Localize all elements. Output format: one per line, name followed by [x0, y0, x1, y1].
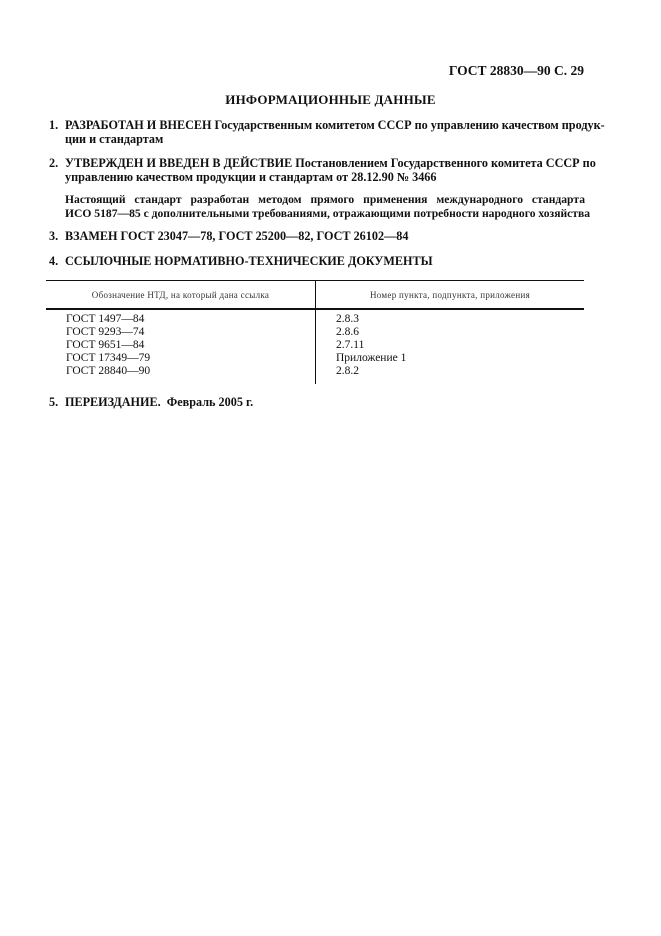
table-cell: ГОСТ 9293—74 [66, 326, 150, 339]
table-cell: 2.8.6 [336, 326, 406, 339]
reference-documents-table: Обозначение НТД, на который дана ссылка … [46, 280, 584, 384]
section-2-continuation: управлению качеством продукции и стандар… [65, 170, 437, 184]
document-title: ИНФОРМАЦИОННЫЕ ДАННЫЕ [0, 92, 661, 108]
table-cell: ГОСТ 28840—90 [66, 365, 150, 378]
running-head: ГОСТ 28830—90 С. 29 [449, 63, 584, 79]
section-4: 4.ССЫЛОЧНЫЕ НОРМАТИВНО-ТЕХНИЧЕСКИЕ ДОКУМ… [49, 254, 433, 268]
section-2-note: Настоящий стандарт разработан методом пр… [65, 193, 585, 221]
note-line: Настоящий стандарт разработан методом пр… [65, 193, 585, 207]
note-line: ИСО 5187—85 с дополнительными требования… [65, 207, 585, 221]
table-header-designation: Обозначение НТД, на который дана ссылка [46, 290, 315, 300]
section-number: 4. [49, 254, 65, 268]
table-cell: 2.8.3 [336, 313, 406, 326]
table-cell: ГОСТ 1497—84 [66, 313, 150, 326]
table-header-clause: Номер пункта, подпункта, приложения [316, 290, 584, 300]
section-number: 5. [49, 395, 65, 409]
section-text: РАЗРАБОТАН И ВНЕСЕН Государственным коми… [65, 118, 605, 132]
section-text: ВЗАМЕН ГОСТ 23047—78, ГОСТ 25200—82, ГОС… [65, 229, 408, 243]
section-2: 2.УТВЕРЖДЕН И ВВЕДЕН В ДЕЙСТВИЕ Постанов… [49, 156, 596, 170]
section-text: УТВЕРЖДЕН И ВВЕДЕН В ДЕЙСТВИЕ Постановле… [65, 156, 596, 170]
table-cell: 2.7.11 [336, 339, 406, 352]
table-column-clause: 2.8.3 2.8.6 2.7.11 Приложение 1 2.8.2 [336, 313, 406, 378]
table-cell: ГОСТ 17349—79 [66, 352, 150, 365]
section-text: ПЕРЕИЗДАНИЕ. Февраль 2005 г. [65, 395, 253, 409]
table-cell: 2.8.2 [336, 365, 406, 378]
section-text: ССЫЛОЧНЫЕ НОРМАТИВНО-ТЕХНИЧЕСКИЕ ДОКУМЕН… [65, 254, 433, 268]
table-cell: Приложение 1 [336, 352, 406, 365]
section-3: 3.ВЗАМЕН ГОСТ 23047—78, ГОСТ 25200—82, Г… [49, 229, 408, 243]
section-number: 2. [49, 156, 65, 170]
section-5: 5.ПЕРЕИЗДАНИЕ. Февраль 2005 г. [49, 395, 253, 409]
table-cell: ГОСТ 9651—84 [66, 339, 150, 352]
table-column-designation: ГОСТ 1497—84 ГОСТ 9293—74 ГОСТ 9651—84 Г… [66, 313, 150, 378]
section-number: 3. [49, 229, 65, 243]
section-number: 1. [49, 118, 65, 132]
section-1-continuation: ции и стандартам [65, 132, 163, 146]
section-1: 1.РАЗРАБОТАН И ВНЕСЕН Государственным ко… [49, 118, 605, 132]
